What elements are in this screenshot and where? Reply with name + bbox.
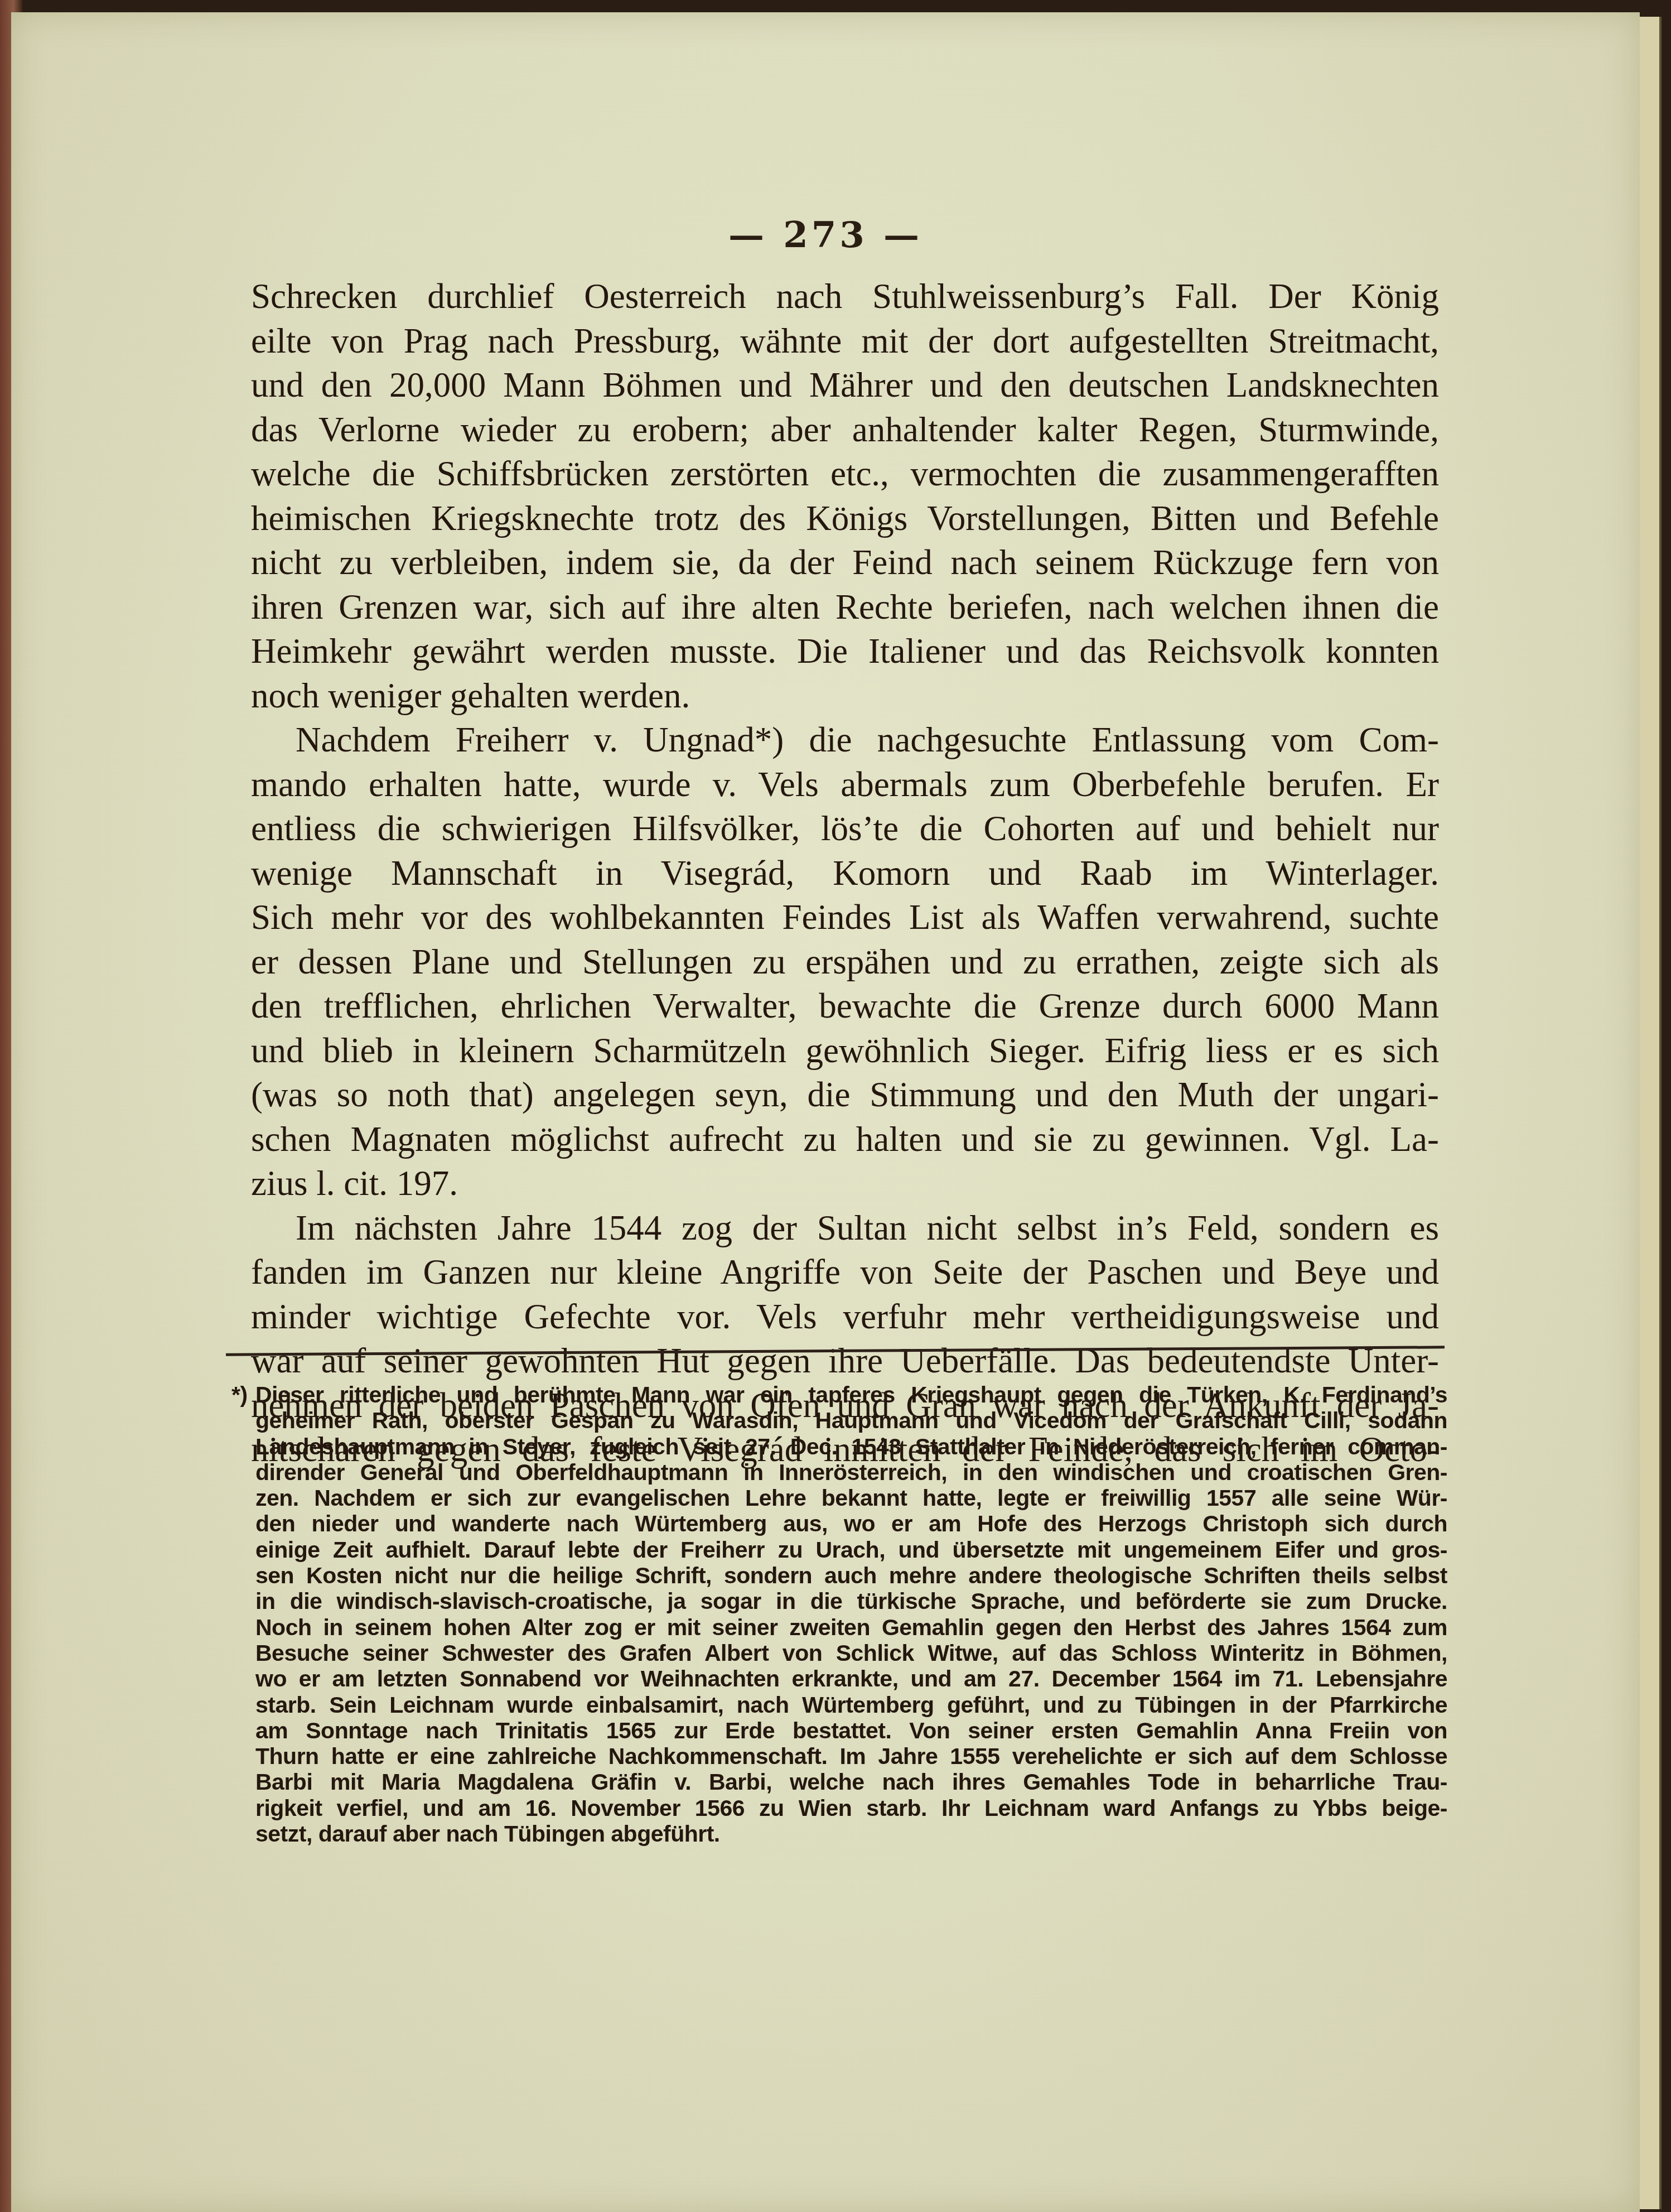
text-line: heimischen Kriegsknechte trotz des König… (251, 497, 1439, 541)
text-line: und den 20,000 Mann Böhmen und Mährer un… (251, 363, 1439, 408)
footnote: *) Dieser ritterliche und berühmte Mann … (231, 1382, 1447, 1847)
text-line: fanden im Ganzen nur kleine Angriffe von… (251, 1250, 1439, 1295)
footnote-line: in die windisch-slavisch-croatische, ja … (255, 1588, 1447, 1614)
text-line: wenige Mannschaft in Visegrád, Komorn un… (251, 851, 1439, 896)
text-line: war auf seiner gewohnten Hut gegen ihre … (251, 1339, 1439, 1384)
text-line: ihren Grenzen war, sich auf ihre alten R… (251, 585, 1439, 630)
text-line: noch weniger gehalten werden. (251, 674, 1439, 719)
text-line: Heimkehr gewährt werden musste. Die Ital… (251, 629, 1439, 674)
footnote-line: geheimer Rath, oberster Gespan zu Warasd… (255, 1408, 1447, 1433)
paragraph-start: Nachdem Freiherr v. Ungnad*) die nachges… (251, 718, 1439, 763)
text-line: (was so noth that) angelegen seyn, die S… (251, 1073, 1439, 1117)
text-line: eilte von Prag nach Pressburg, wähnte mi… (251, 319, 1439, 364)
footnote-line: wo er am letzten Sonnabend vor Weihnacht… (255, 1666, 1447, 1691)
text-line: mando erhalten hatte, wurde v. Vels aber… (251, 763, 1439, 807)
footnote-line: setzt, darauf aber nach Tübingen abgefüh… (255, 1821, 1447, 1847)
footnote-line: starb. Sein Leichnam wurde einbalsamirt,… (255, 1692, 1447, 1718)
footnote-line: am Sonntage nach Trinitatis 1565 zur Erd… (255, 1718, 1447, 1743)
main-text: Schrecken durchlief Oesterreich nach Stu… (251, 274, 1439, 1472)
text-line: minder wichtige Gefechte vor. Vels verfu… (251, 1295, 1439, 1339)
text-line: und blieb in kleinern Scharmützeln gewöh… (251, 1029, 1439, 1073)
footnote-line: Landeshauptmann in Steyer, zugleich seit… (255, 1434, 1447, 1459)
text-line: er dessen Plane und Stellungen zu erspäh… (251, 940, 1439, 985)
footnote-line: sen Kosten nicht nur die heilige Schrift… (255, 1563, 1447, 1588)
text-line: das Verlorne wieder zu erobern; aber anh… (251, 408, 1439, 452)
footnote-line: zen. Nachdem er sich zur evangelischen L… (255, 1485, 1447, 1511)
footnote-line: einige Zeit aufhielt. Darauf lebte der F… (255, 1537, 1447, 1563)
footnote-line: Noch in seinem hohen Alter zog er mit se… (255, 1615, 1447, 1640)
text-line: entliess die schwierigen Hilfsvölker, lö… (251, 807, 1439, 851)
footnote-marker: *) (231, 1382, 248, 1408)
footnote-line: rigkeit verfiel, und am 16. November 156… (255, 1795, 1447, 1821)
footnote-line: Dieser ritterliche und berühmte Mann war… (255, 1382, 1447, 1408)
footnote-line: Thurn hatte er eine zahlreiche Nachkomme… (255, 1743, 1447, 1769)
book-page: — 273 — Schrecken durchlief Oesterreich … (11, 12, 1640, 2212)
text-line: den trefflichen, ehrlichen Verwalter, be… (251, 984, 1439, 1029)
footnote-line: dirender General und Oberfeldhauptmann i… (255, 1459, 1447, 1485)
text-line: Sich mehr vor des wohlbekannten Feindes … (251, 895, 1439, 940)
text-line: nicht zu verbleiben, indem sie, da der F… (251, 541, 1439, 585)
footnote-line: Besuche seiner Schwester des Grafen Albe… (255, 1640, 1447, 1666)
paragraph-start: Im nächsten Jahre 1544 zog der Sultan ni… (251, 1206, 1439, 1251)
text-line: zius l. cit. 197. (251, 1162, 1439, 1206)
text-line: welche die Schiffsbrücken zerstörten etc… (251, 452, 1439, 497)
page-number: — 273 — (11, 214, 1640, 256)
footnote-line: den nieder und wanderte nach Würtemberg … (255, 1511, 1447, 1536)
footnote-body: Dieser ritterliche und berühmte Mann war… (255, 1382, 1447, 1847)
footnote-line: Barbi mit Maria Magdalena Gräfin v. Barb… (255, 1769, 1447, 1795)
text-line: schen Magnaten möglichst aufrecht zu hal… (251, 1117, 1439, 1162)
text-line: Schrecken durchlief Oesterreich nach Stu… (251, 274, 1439, 319)
